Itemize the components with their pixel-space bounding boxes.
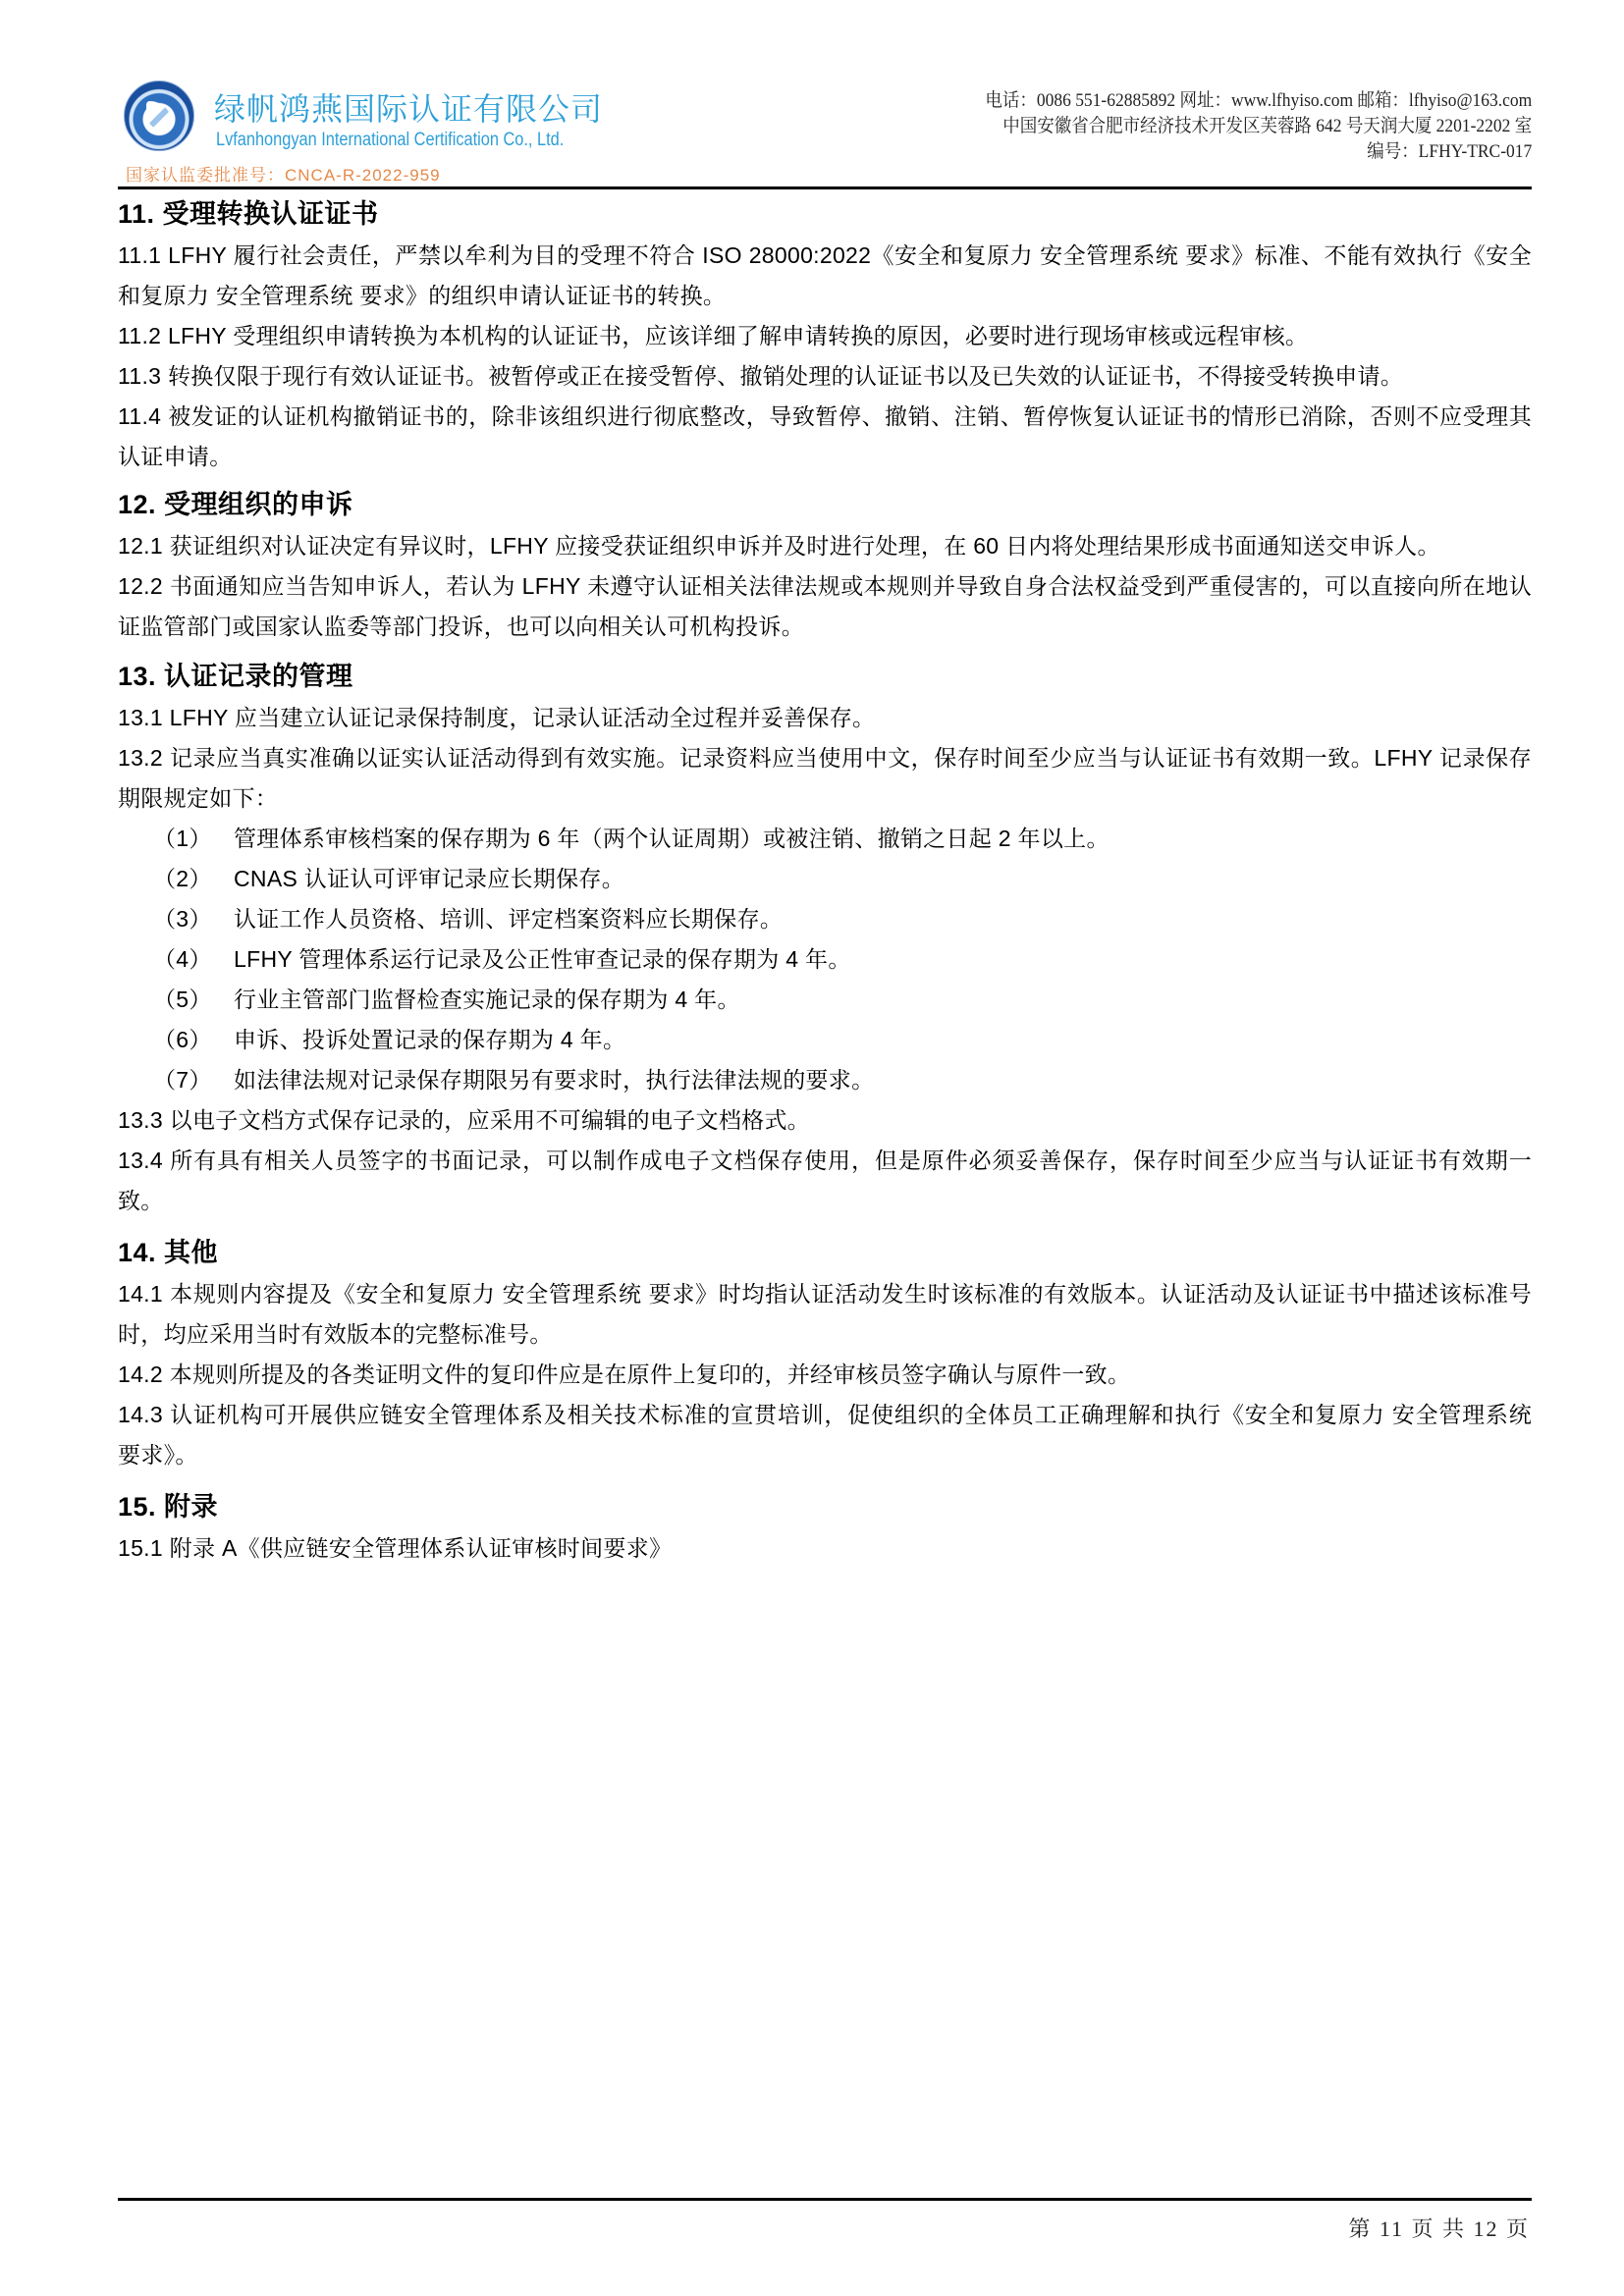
paragraph: 14.3 认证机构可开展供应链安全管理体系及相关技术标准的宣贯培训，促使组织的全… [118,1395,1532,1475]
section-heading: 13. 认证记录的管理 [118,655,1532,698]
list-item: （4）LFHY 管理体系运行记录及公正性审查记录的保存期为 4 年。 [118,939,1532,980]
footer-divider [118,2198,1532,2201]
page-header: 绿帆鸿燕国际认证有限公司 Lvfanhongyan International … [118,69,1532,187]
paragraph: 14.1 本规则内容提及《安全和复原力 安全管理系统 要求》时均指认证活动发生时… [118,1274,1532,1355]
section-heading: 14. 其他 [118,1231,1532,1274]
page-indicator: 第 11 页 共 12 页 [1348,2213,1530,2243]
header-divider [118,187,1532,189]
paragraph: 11.4 被发证的认证机构撤销证书的，除非该组织进行彻底整改，导致暂停、撤销、注… [118,397,1532,477]
paragraph: 13.1 LFHY 应当建立认证记录保持制度，记录认证活动全过程并妥善保存。 [118,698,1532,738]
section-13: 13. 认证记录的管理 13.1 LFHY 应当建立认证记录保持制度，记录认证活… [118,655,1532,1221]
list-item: （6）申诉、投诉处置记录的保存期为 4 年。 [118,1020,1532,1060]
list-item: （3）认证工作人员资格、培训、评定档案资料应长期保存。 [118,899,1532,939]
company-name-cn: 绿帆鸿燕国际认证有限公司 [214,84,603,130]
contact-line: 电话：0086 551-62885892 网址：www.lfhyiso.com … [985,88,1532,114]
list-item: （2）CNAS 认证认可评审记录应长期保存。 [118,859,1532,899]
company-logo-icon [124,80,194,151]
company-name-en: Lvfanhongyan International Certification… [216,130,564,151]
paragraph: 12.1 获证组织对认证决定有异议时，LFHY 应接受获证组织申诉并及时进行处理… [118,526,1532,566]
section-heading: 12. 受理组织的申诉 [118,483,1532,526]
paragraph: 13.3 以电子文档方式保存记录的，应采用不可编辑的电子文档格式。 [118,1100,1532,1141]
paragraph: 14.2 本规则所提及的各类证明文件的复印件应是在原件上复印的，并经审核员签字确… [118,1355,1532,1395]
section-heading: 11. 受理转换认证证书 [118,192,1532,236]
section-heading: 15. 附录 [118,1485,1532,1528]
paragraph: 12.2 书面通知应当告知申诉人，若认为 LFHY 未遵守认证相关法律法规或本规… [118,566,1532,647]
section-11: 11. 受理转换认证证书 11.1 LFHY 履行社会责任，严禁以牟利为目的受理… [118,192,1532,477]
section-15: 15. 附录 15.1 附录 A《供应链安全管理体系认证审核时间要求》 [118,1485,1532,1569]
list-item: （1）管理体系审核档案的保存期为 6 年（两个认证周期）或被注销、撤销之日起 2… [118,819,1532,859]
paragraph: 15.1 附录 A《供应链安全管理体系认证审核时间要求》 [118,1528,1532,1569]
section-14: 14. 其他 14.1 本规则内容提及《安全和复原力 安全管理系统 要求》时均指… [118,1231,1532,1475]
document-body: 11. 受理转换认证证书 11.1 LFHY 履行社会责任，严禁以牟利为目的受理… [118,192,1532,1571]
paragraph: 11.1 LFHY 履行社会责任，严禁以牟利为目的受理不符合 ISO 28000… [118,236,1532,316]
paragraph: 13.2 记录应当真实准确以证实认证活动得到有效实施。记录资料应当使用中文，保存… [118,738,1532,819]
contact-info: 电话：0086 551-62885892 网址：www.lfhyiso.com … [938,88,1532,165]
paragraph: 13.4 所有具有相关人员签字的书面记录，可以制作成电子文档保存使用，但是原件必… [118,1141,1532,1221]
list-item: （7）如法律法规对记录保存期限另有要求时，执行法律法规的要求。 [118,1060,1532,1100]
document-number: 编号：LFHY-TRC-017 [985,139,1532,165]
paragraph: 11.2 LFHY 受理组织申请转换为本机构的认证证书，应该详细了解申请转换的原… [118,316,1532,356]
approval-number: 国家认监委批准号：CNCA-R-2022-959 [126,161,441,186]
paragraph: 11.3 转换仅限于现行有效认证证书。被暂停或正在接受暂停、撤销处理的认证证书以… [118,356,1532,397]
list-item: （5）行业主管部门监督检查实施记录的保存期为 4 年。 [118,980,1532,1020]
section-12: 12. 受理组织的申诉 12.1 获证组织对认证决定有异议时，LFHY 应接受获… [118,483,1532,647]
address-line: 中国安徽省合肥市经济技术开发区芙蓉路 642 号天润大厦 2201-2202 室 [985,114,1532,139]
